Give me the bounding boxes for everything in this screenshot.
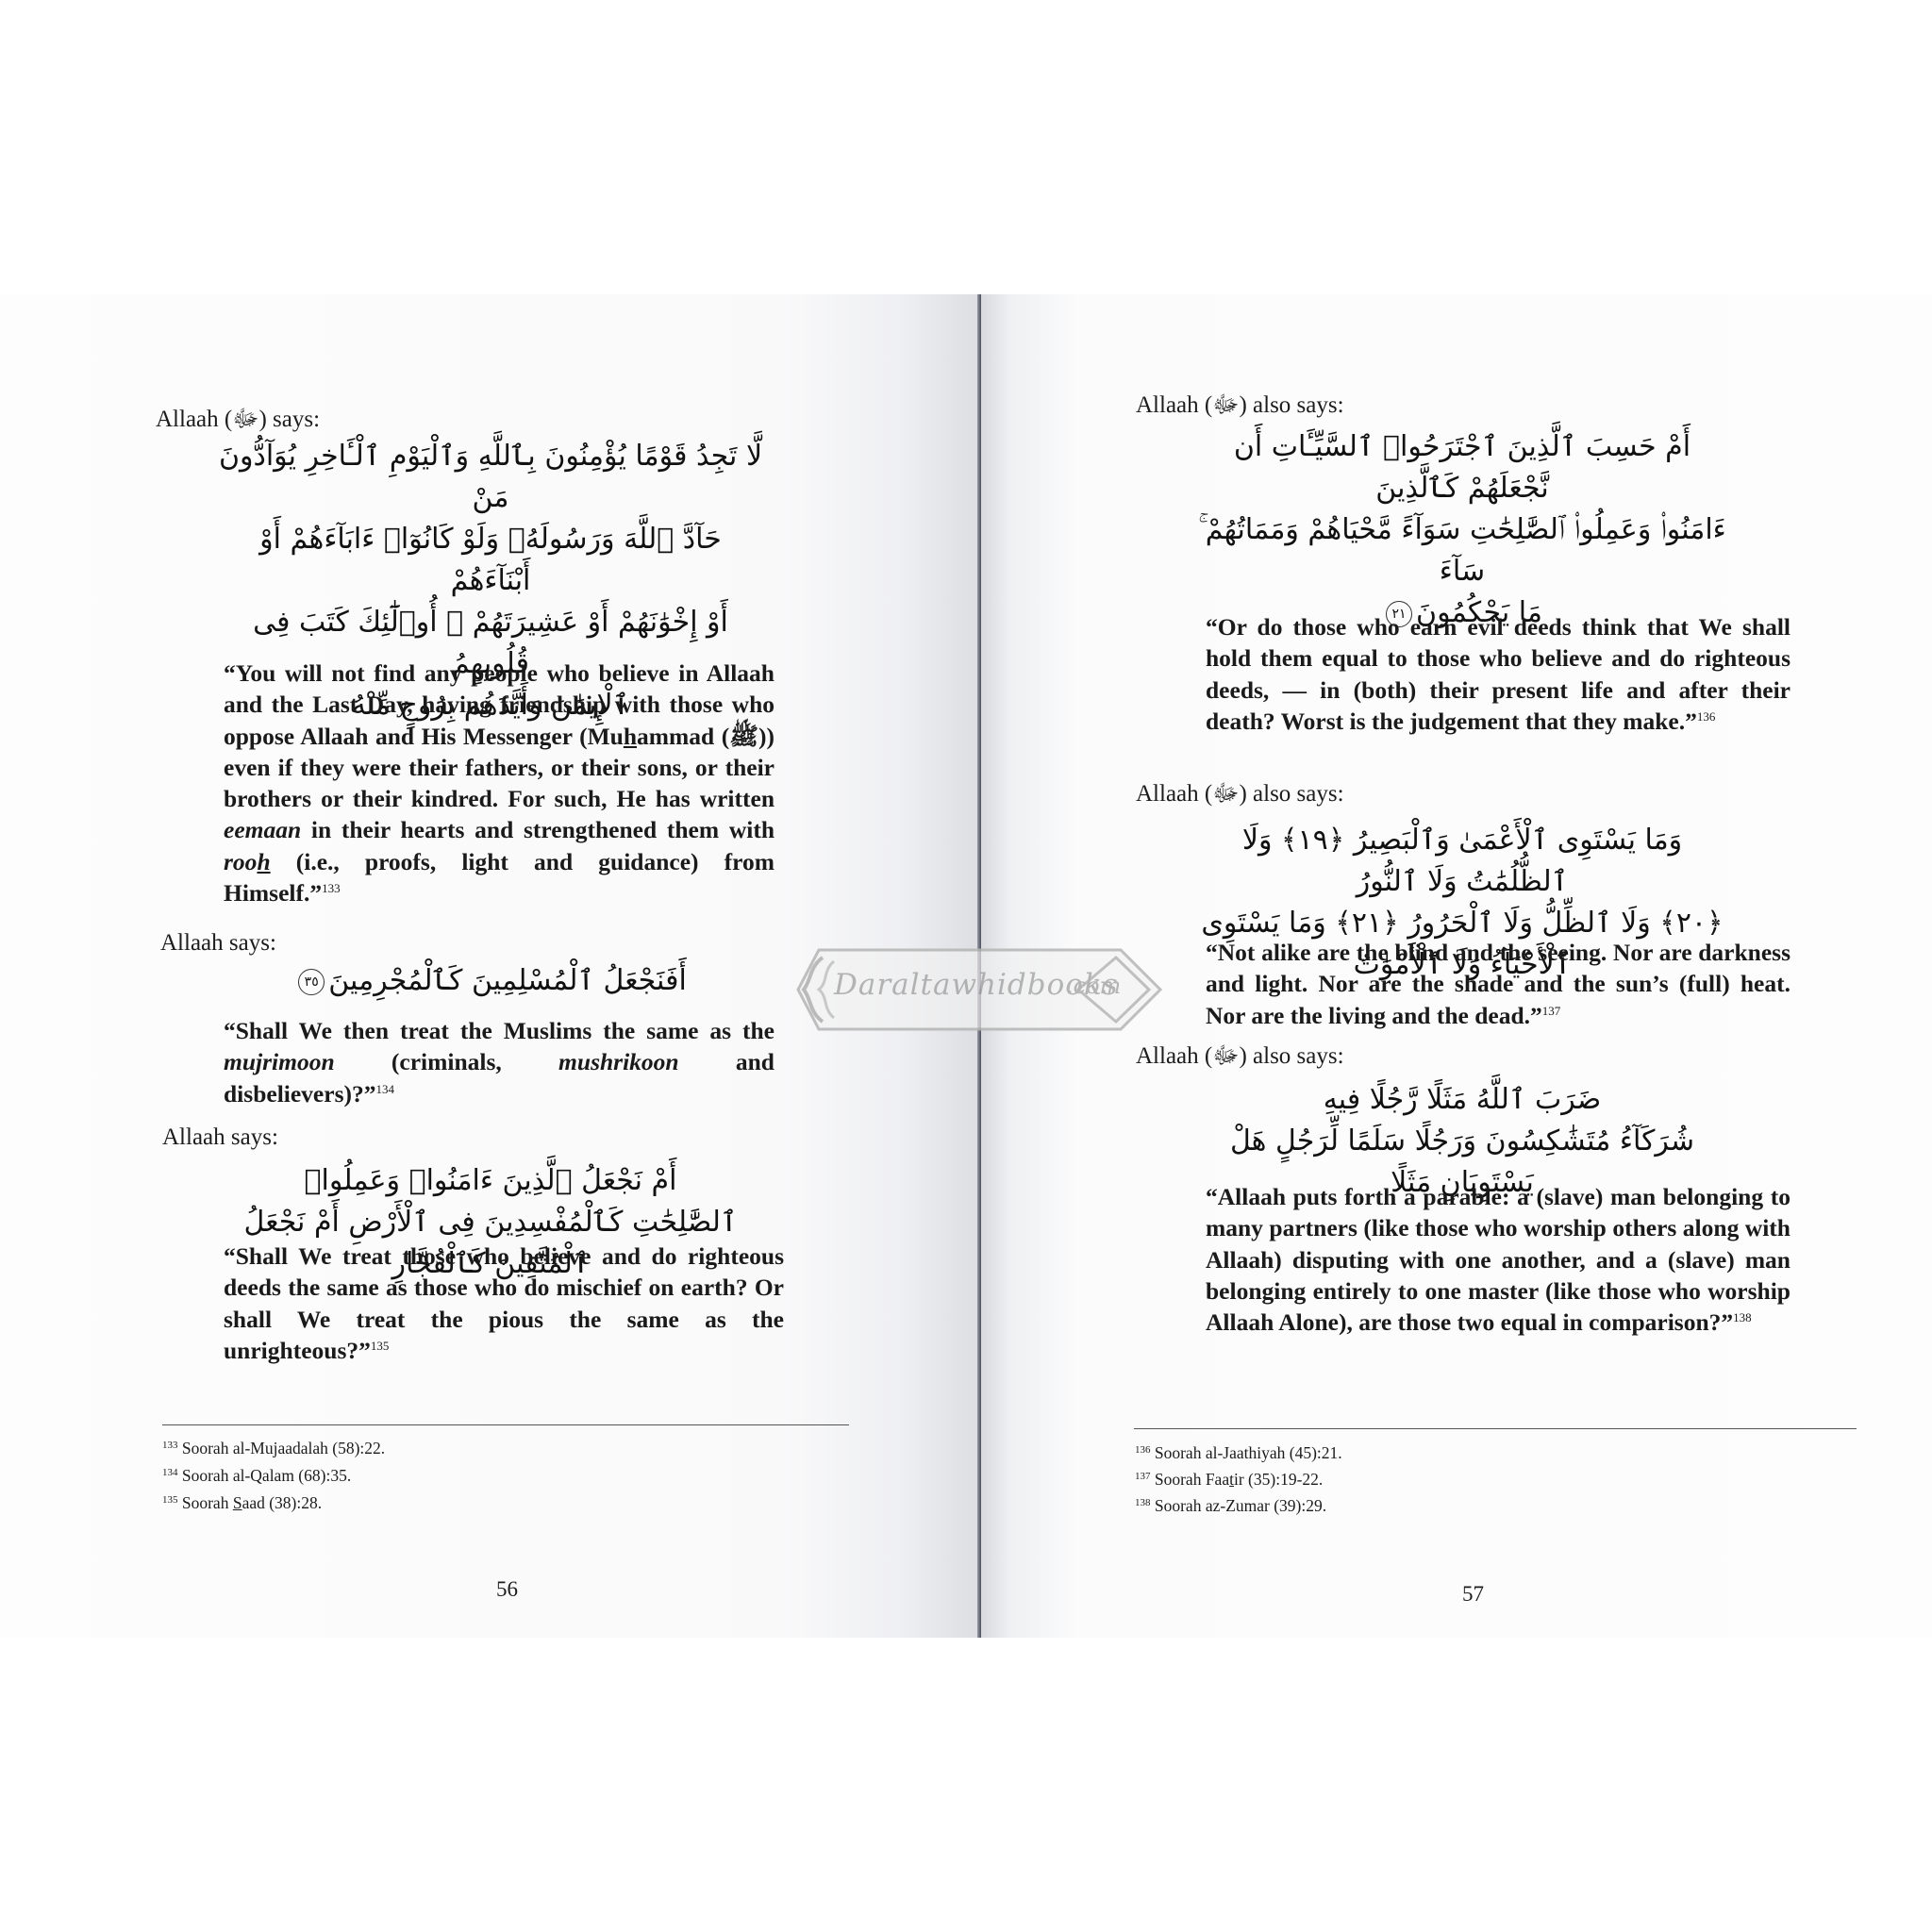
footnote: 134 Soorah al-Qalam (68):35. [162,1464,351,1488]
footnote: 138 Soorah az-Zumar (39):29. [1135,1494,1326,1518]
arabic-line: حَآدَّ ٱللَّهَ وَرَسُولَهُۥ وَلَوْ كَانُ… [217,519,764,602]
arabic-line: وَمَا يَسْتَوِى ٱلْأَعْمَىٰ وَٱلْبَصِيرُ… [1198,820,1726,903]
arabic-line: أَمْ حَسِبَ ٱلَّذِينَ ٱجْتَرَحُوا۟ ٱلسَّ… [1198,426,1726,509]
arabic-line: أَفَنَجْعَلُ ٱلْمُسْلِمِينَ كَٱلْمُجْرِم… [217,960,764,1002]
arabic-line: ضَرَبَ ٱللَّهُ مَثَلًا رَّجُلًا فِيهِ [1198,1079,1726,1121]
translation-quote: “Or do those who earn evil deeds think t… [1206,611,1790,737]
page-number: 56 [496,1577,518,1602]
arabic-verse: أَمْ حَسِبَ ٱلَّذِينَ ٱجْتَرَحُوا۟ ٱلسَّ… [1198,426,1726,634]
intro-text: Allaah (ﷻ) says: [156,404,320,439]
footnote-reference: 133 [322,881,341,895]
intro-text: Allaah (ﷻ) also says: [1136,390,1344,425]
translation-quote: “Not alike are the blind and the seeing.… [1206,937,1790,1031]
footnote: 135 Soorah Saad (38):28. [162,1491,322,1515]
translation-quote: “Shall We treat those who believe and do… [224,1241,784,1366]
arabic-line: أَمْ نَجْعَلُ ٱلَّذِينَ ءَامَنُوا۟ وَعَم… [217,1160,764,1202]
footnote: 136 Soorah al-Jaathiyah (45):21. [1135,1441,1342,1465]
arabic-line: ءَامَنُوا۟ وَعَمِلُوا۟ ٱلصَّٰلِحَٰتِ سَو… [1198,509,1726,592]
open-book: Allaah (ﷻ) says: لَّا تَجِدُ قَوْمًا يُؤ… [0,294,1932,1638]
translation-quote: “Shall We then treat the Muslims the sam… [224,1015,774,1109]
arabic-verse: أَفَنَجْعَلُ ٱلْمُسْلِمِينَ كَٱلْمُجْرِم… [217,960,764,1002]
footnote-reference: 135 [371,1339,390,1353]
intro-text: Allaah (ﷻ) also says: [1136,778,1344,813]
footnote-divider [1134,1428,1857,1429]
intro-text: Allaah says: [162,1124,278,1151]
footnote-reference: 137 [1542,1004,1561,1018]
translation-quote: “You will not find any people who believ… [224,658,774,908]
intro-text: Allaah (ﷻ) also says: [1136,1041,1344,1075]
page-number: 57 [1462,1582,1484,1607]
translation-quote: “Allaah puts forth a parable: a (slave) … [1206,1181,1790,1338]
watermark-banner: Daraltawhidbooks .com [791,944,1163,1035]
watermark-domain: .com [1066,973,1121,999]
footnote: 137 Soorah Faatir (35):19-22. [1135,1468,1323,1491]
arabic-line: لَّا تَجِدُ قَوْمًا يُؤْمِنُونَ بِٱللَّه… [217,436,764,519]
footnote-reference: 136 [1697,709,1716,724]
verse-number-marker: ٣٥ [298,969,325,995]
footnote: 133 Soorah al-Mujaadalah (58):22. [162,1437,385,1460]
footnote-divider [162,1424,849,1425]
footnote-reference: 138 [1733,1310,1752,1324]
intro-text: Allaah says: [160,930,276,957]
footnote-reference: 134 [375,1082,394,1096]
